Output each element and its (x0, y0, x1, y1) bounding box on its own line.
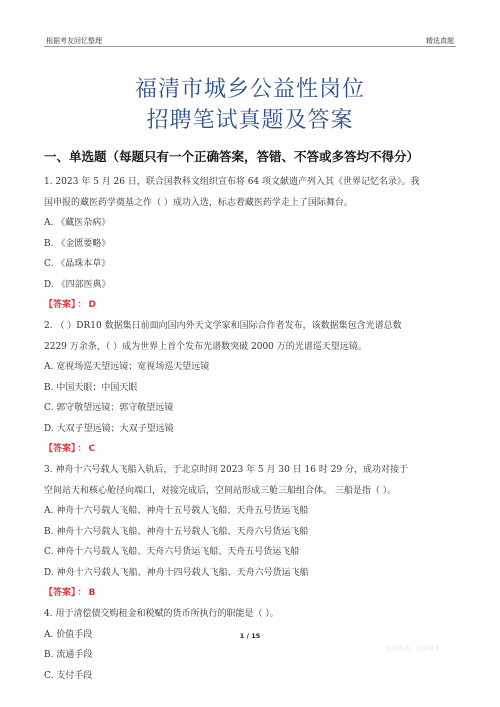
answer-label: 【答案】 (44, 588, 76, 598)
answer-value: C (89, 444, 96, 454)
option-c: C. 郭守敬望远镜；郭守敬望远镜 (44, 398, 460, 419)
option-a: A. 神舟十六号载人飞船、神舟十五号载人飞船、天舟五号货运飞船 (44, 501, 460, 522)
question-text-line: 空间站天和核心舱径向端口，对接完成后，空间站形成三舱三船组合体。 三船是指（ ）… (44, 481, 460, 502)
answer-label: 【答案】 (44, 300, 76, 310)
answer-value: D (89, 300, 96, 310)
option-c: C. 神舟十六号载人飞船、天舟六号货运飞船、天舟五号货运飞船 (44, 542, 460, 563)
answer-value: B (89, 588, 96, 598)
answer-separator: ： (78, 444, 87, 454)
question-text-line: 1. 2023 年 5 月 26 日，联合国教科文组织宣布将 64 项文献遗产列… (44, 172, 460, 193)
page-header: 根据考友回忆整理 精选真题 (44, 34, 456, 47)
question-text-line: 2229 万余条，（ ）成为世界上首个发布光谱数突破 2000 万的光谱巡天望远… (44, 337, 460, 358)
header-source-label: 根据考友回忆整理 (46, 36, 102, 46)
document-title: 福清市城乡公益性岗位 招聘笔试真题及答案 (0, 74, 500, 136)
answer-line: 【答案】：C (44, 439, 460, 460)
option-d: D. 《四部医典》 (44, 275, 460, 296)
option-b: B. 神舟十六号载人飞船、神舟十五号载人飞船、天舟六号货运飞船 (44, 522, 460, 543)
option-a: A. 《藏医杂病》 (44, 213, 460, 234)
option-c: C. 支付手段 (44, 666, 460, 687)
header-category-label: 精选真题 (426, 36, 454, 46)
questions-list: 1. 2023 年 5 月 26 日，联合国教科文组织宣布将 64 项文献遗产列… (44, 172, 460, 686)
option-b: B. 中国天眼；中国天眼 (44, 378, 460, 399)
section-heading: 一、单选题（每题只有一个正确答案，答错、不答或多答均不得分） (44, 147, 419, 165)
option-c: C. 《晶珠本草》 (44, 254, 460, 275)
title-line-1: 福清市城乡公益性岗位 (0, 74, 500, 105)
question-1: 1. 2023 年 5 月 26 日，联合国教科文组织宣布将 64 项文献遗产列… (44, 172, 460, 316)
question-2: 2. （ ）DR10 数据集日前面向国内外天文学家和国际合作者发布，该数据集包含… (44, 316, 460, 460)
question-text-line: 4. 用于清偿债交购租金和税赋的货币所执行的职能是（ ）。 (44, 604, 460, 625)
question-text-line: 3. 神舟十六号载人飞船入轨后，于北京时间 2023 年 5 月 30 日 16… (44, 460, 460, 481)
answer-separator: ： (78, 588, 87, 598)
question-text-line: 国申报的藏医药学奠基之作（ ）成功入选，标志着藏医药学走上了国际舞台。 (44, 193, 460, 214)
option-d: D. 神舟十六号载人飞船、神舟十四号载人飞船、天舟六号货运飞船 (44, 563, 460, 584)
question-3: 3. 神舟十六号载人飞船入轨后，于北京时间 2023 年 5 月 30 日 16… (44, 460, 460, 604)
question-text-line: 2. （ ）DR10 数据集日前面向国内外天文学家和国际合作者发布，该数据集包含… (44, 316, 460, 337)
title-line-2: 招聘笔试真题及答案 (0, 105, 500, 136)
option-a: A. 宽视场巡天望远镜；宽视场巡天望远镜 (44, 357, 460, 378)
answer-label: 【答案】 (44, 444, 76, 454)
watermark: 资料整理，仅供参考 (386, 644, 440, 653)
option-b: B. 《金匮要略》 (44, 234, 460, 255)
page-number: 1 / 15 (0, 632, 500, 640)
option-d: D. 大双子望远镜；大双子望远镜 (44, 419, 460, 440)
answer-line: 【答案】：D (44, 295, 460, 316)
answer-line: 【答案】：B (44, 583, 460, 604)
answer-separator: ： (78, 300, 87, 310)
